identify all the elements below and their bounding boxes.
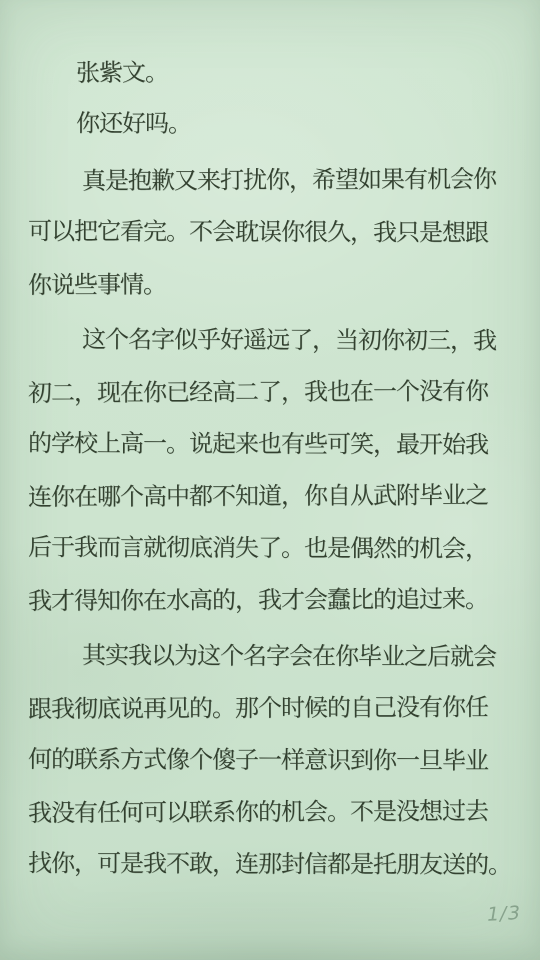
page-number: 1/3: [485, 902, 522, 926]
letter-line: 找你，可是我不敢，连那封信都是托朋友送的。: [28, 837, 530, 891]
letter-line: 后于我而言就彻底消失了。也是偶然的机会，: [28, 521, 530, 575]
letter-line: 我没有任何可以联系你的机会。不是没想过去: [28, 785, 530, 839]
handwritten-letter-photo: 张紫文。 你还好吗。 真是抱歉又来打扰你，希望如果有机会你 可以把它看完。不会耽…: [0, 0, 540, 960]
letter-line: 真是抱歉又来打扰你，希望如果有机会你: [28, 153, 530, 207]
letter-body: 张紫文。 你还好吗。 真是抱歉又来打扰你，希望如果有机会你 可以把它看完。不会耽…: [28, 46, 530, 890]
letter-line: 你说些事情。: [28, 257, 530, 311]
letter-line: 这个名字似乎好遥远了，当初你初三，我: [28, 313, 530, 367]
letter-line: 初二，现在你已经高二了，我也在一个没有你: [28, 365, 530, 419]
letter-line: 其实我以为这个名字会在你毕业之后就会: [28, 629, 530, 683]
letter-line: 何的联系方式像个傻子一样意识到你一旦毕业: [28, 733, 530, 787]
letter-line: 的学校上高一。说起来也有些可笑，最开始我: [28, 417, 530, 471]
letter-line: 跟我彻底说再见的。那个时候的自己没有你任: [28, 681, 530, 735]
letter-line: 可以把它看完。不会耽误你很久，我只是想跟: [28, 205, 530, 259]
letter-line-salutation-name: 张紫文。: [28, 45, 530, 99]
letter-line: 我才得知你在水高的，我才会蠢比的追过来。: [28, 573, 530, 627]
letter-line: 连你在哪个高中都不知道，你自从武附毕业之: [28, 469, 530, 523]
letter-line-salutation-greeting: 你还好吗。: [28, 97, 530, 151]
